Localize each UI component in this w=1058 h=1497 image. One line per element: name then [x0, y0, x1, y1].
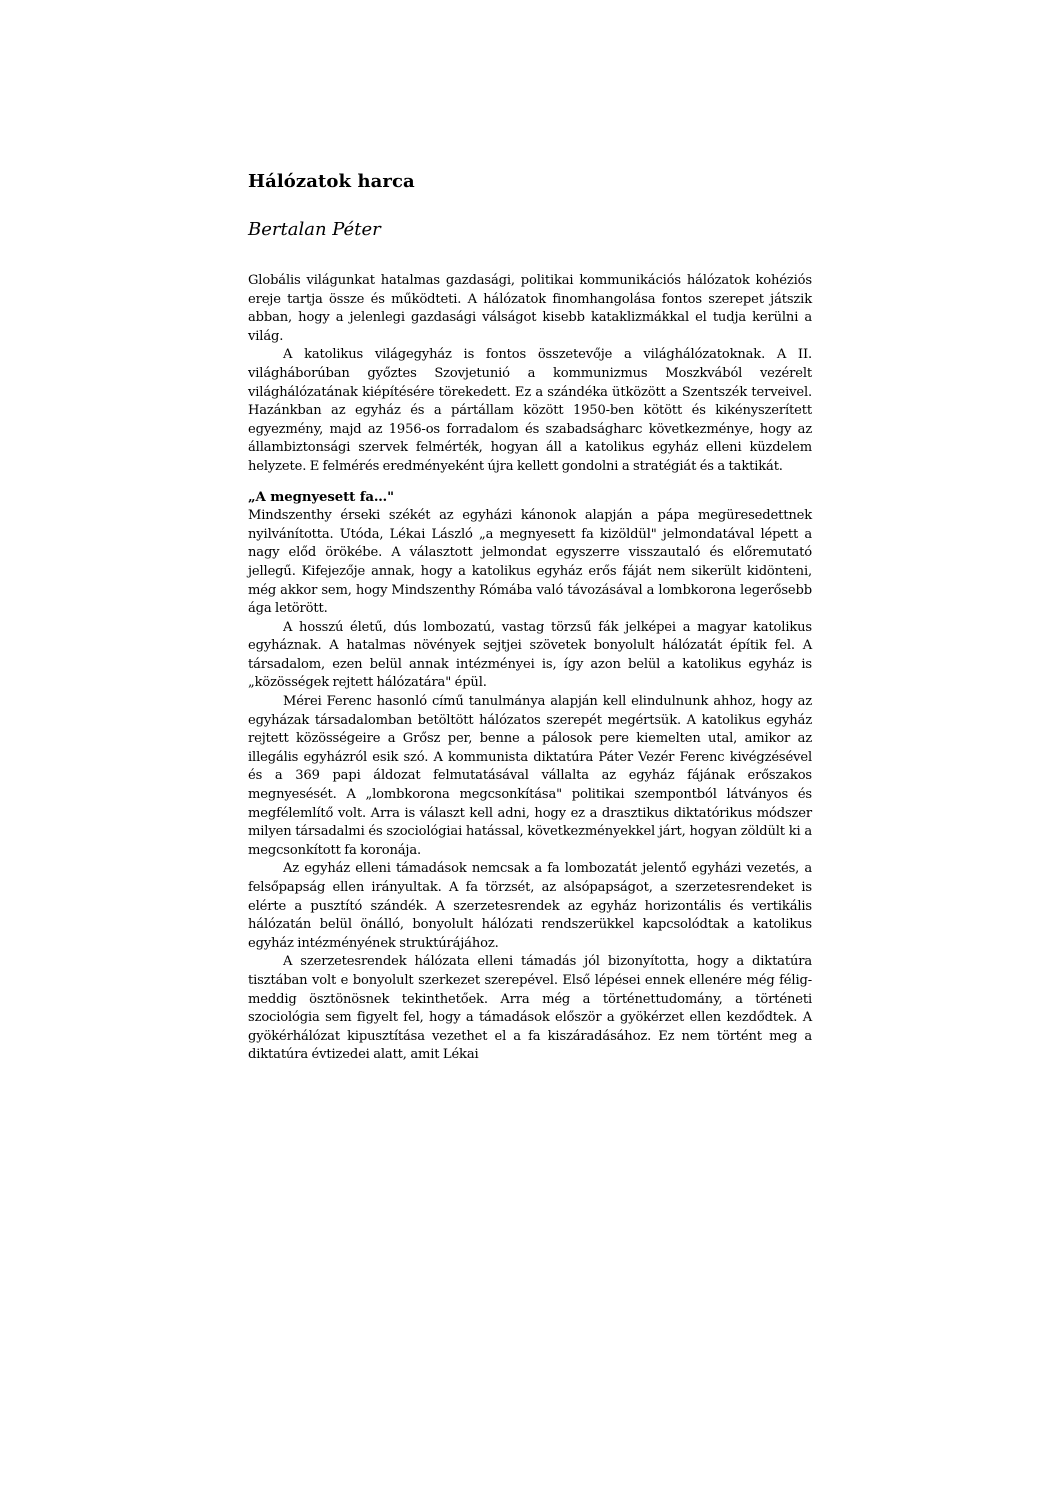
- article-author: Bertalan Péter: [248, 218, 812, 242]
- section-paragraph-2: A hosszú életű, dús lombozatú, vastag tö…: [248, 619, 812, 693]
- section-paragraph-4: Az egyház elleni támadások nemcsak a fa …: [248, 860, 812, 953]
- intro-paragraph-2: A katolikus világegyház is fontos összet…: [248, 346, 812, 476]
- article-title: Hálózatok harca: [248, 170, 812, 194]
- intro-paragraph-1: Globális világunkat hatalmas gazdasági, …: [248, 272, 812, 346]
- document-page: Hálózatok harca Bertalan Péter Globális …: [248, 170, 812, 1065]
- section-paragraph-3: Mérei Ferenc hasonló című tanulmánya ala…: [248, 693, 812, 860]
- section-paragraph-1: Mindszenthy érseki székét az egyházi kán…: [248, 507, 812, 619]
- article-body: Globális világunkat hatalmas gazdasági, …: [248, 272, 812, 1065]
- section-heading: „A megnyesett fa…": [248, 489, 812, 508]
- section-paragraph-5: A szerzetesrendek hálózata elleni támadá…: [248, 953, 812, 1065]
